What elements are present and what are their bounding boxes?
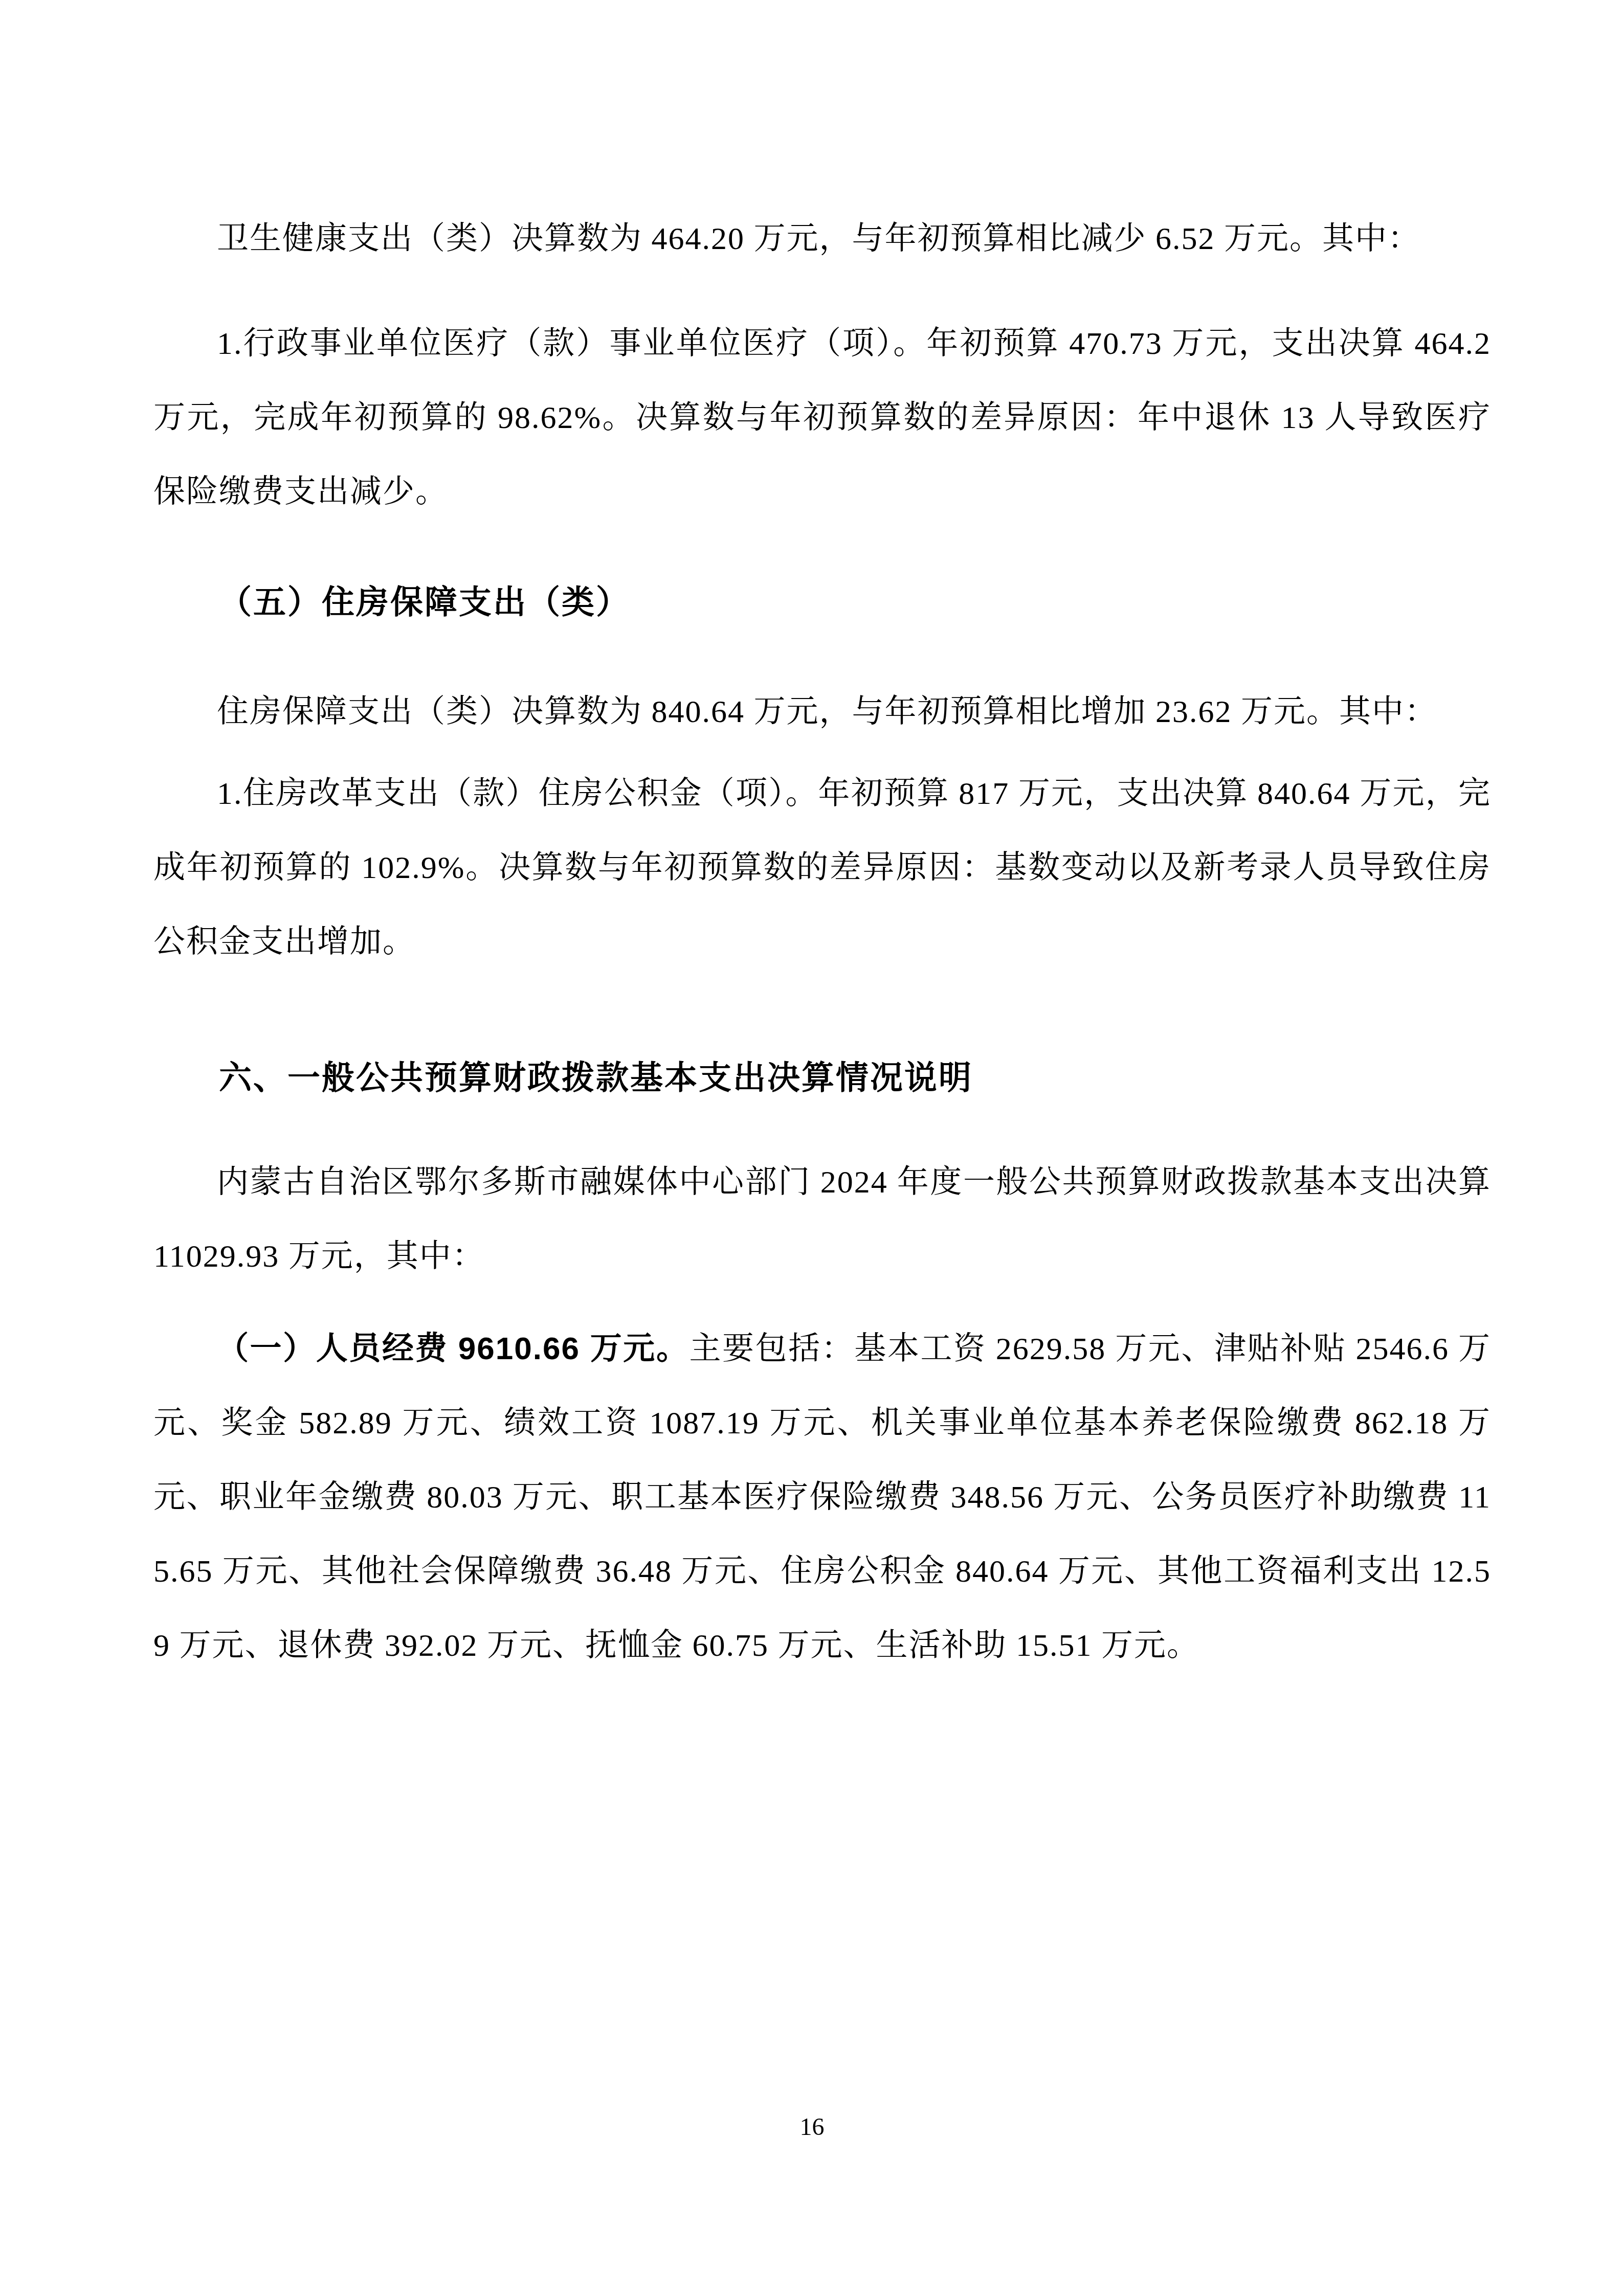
personnel-funds-detail: 主要包括：基本工资 2629.58 万元、津贴补贴 2546.6 万元、奖金 5… xyxy=(153,1332,1491,1663)
page-number: 16 xyxy=(0,2112,1624,2143)
personnel-funds-lead: （一）人员经费 9610.66 万元。 xyxy=(217,1331,689,1366)
para-housing-security-item1: 1.住房改革支出（款）住房公积金（项）。年初预算 817 万元，支出决算 840… xyxy=(153,757,1491,979)
para-health-expenditure-item1: 1.行政事业单位医疗（款）事业单位医疗（项）。年初预算 470.73 万元，支出… xyxy=(153,307,1491,529)
document-page: 卫生健康支出（类）决算数为 464.20 万元，与年初预算相比减少 6.52 万… xyxy=(0,0,1624,2296)
heading-basic-expenditure: 六、一般公共预算财政拨款基本支出决算情况说明 xyxy=(153,1041,1491,1115)
para-health-expenditure-intro: 卫生健康支出（类）决算数为 464.20 万元，与年初预算相比减少 6.52 万… xyxy=(153,202,1491,276)
para-personnel-funds: （一）人员经费 9610.66 万元。主要包括：基本工资 2629.58 万元、… xyxy=(153,1312,1491,1683)
para-basic-expenditure-intro: 内蒙古自治区鄂尔多斯市融媒体中心部门 2024 年度一般公共预算财政拨款基本支出… xyxy=(153,1145,1491,1294)
document-content: 卫生健康支出（类）决算数为 464.20 万元，与年初预算相比减少 6.52 万… xyxy=(153,202,1491,1683)
heading-housing-security: （五）住房保障支出（类） xyxy=(153,565,1491,639)
para-housing-security-intro: 住房保障支出（类）决算数为 840.64 万元，与年初预算相比增加 23.62 … xyxy=(153,675,1491,749)
